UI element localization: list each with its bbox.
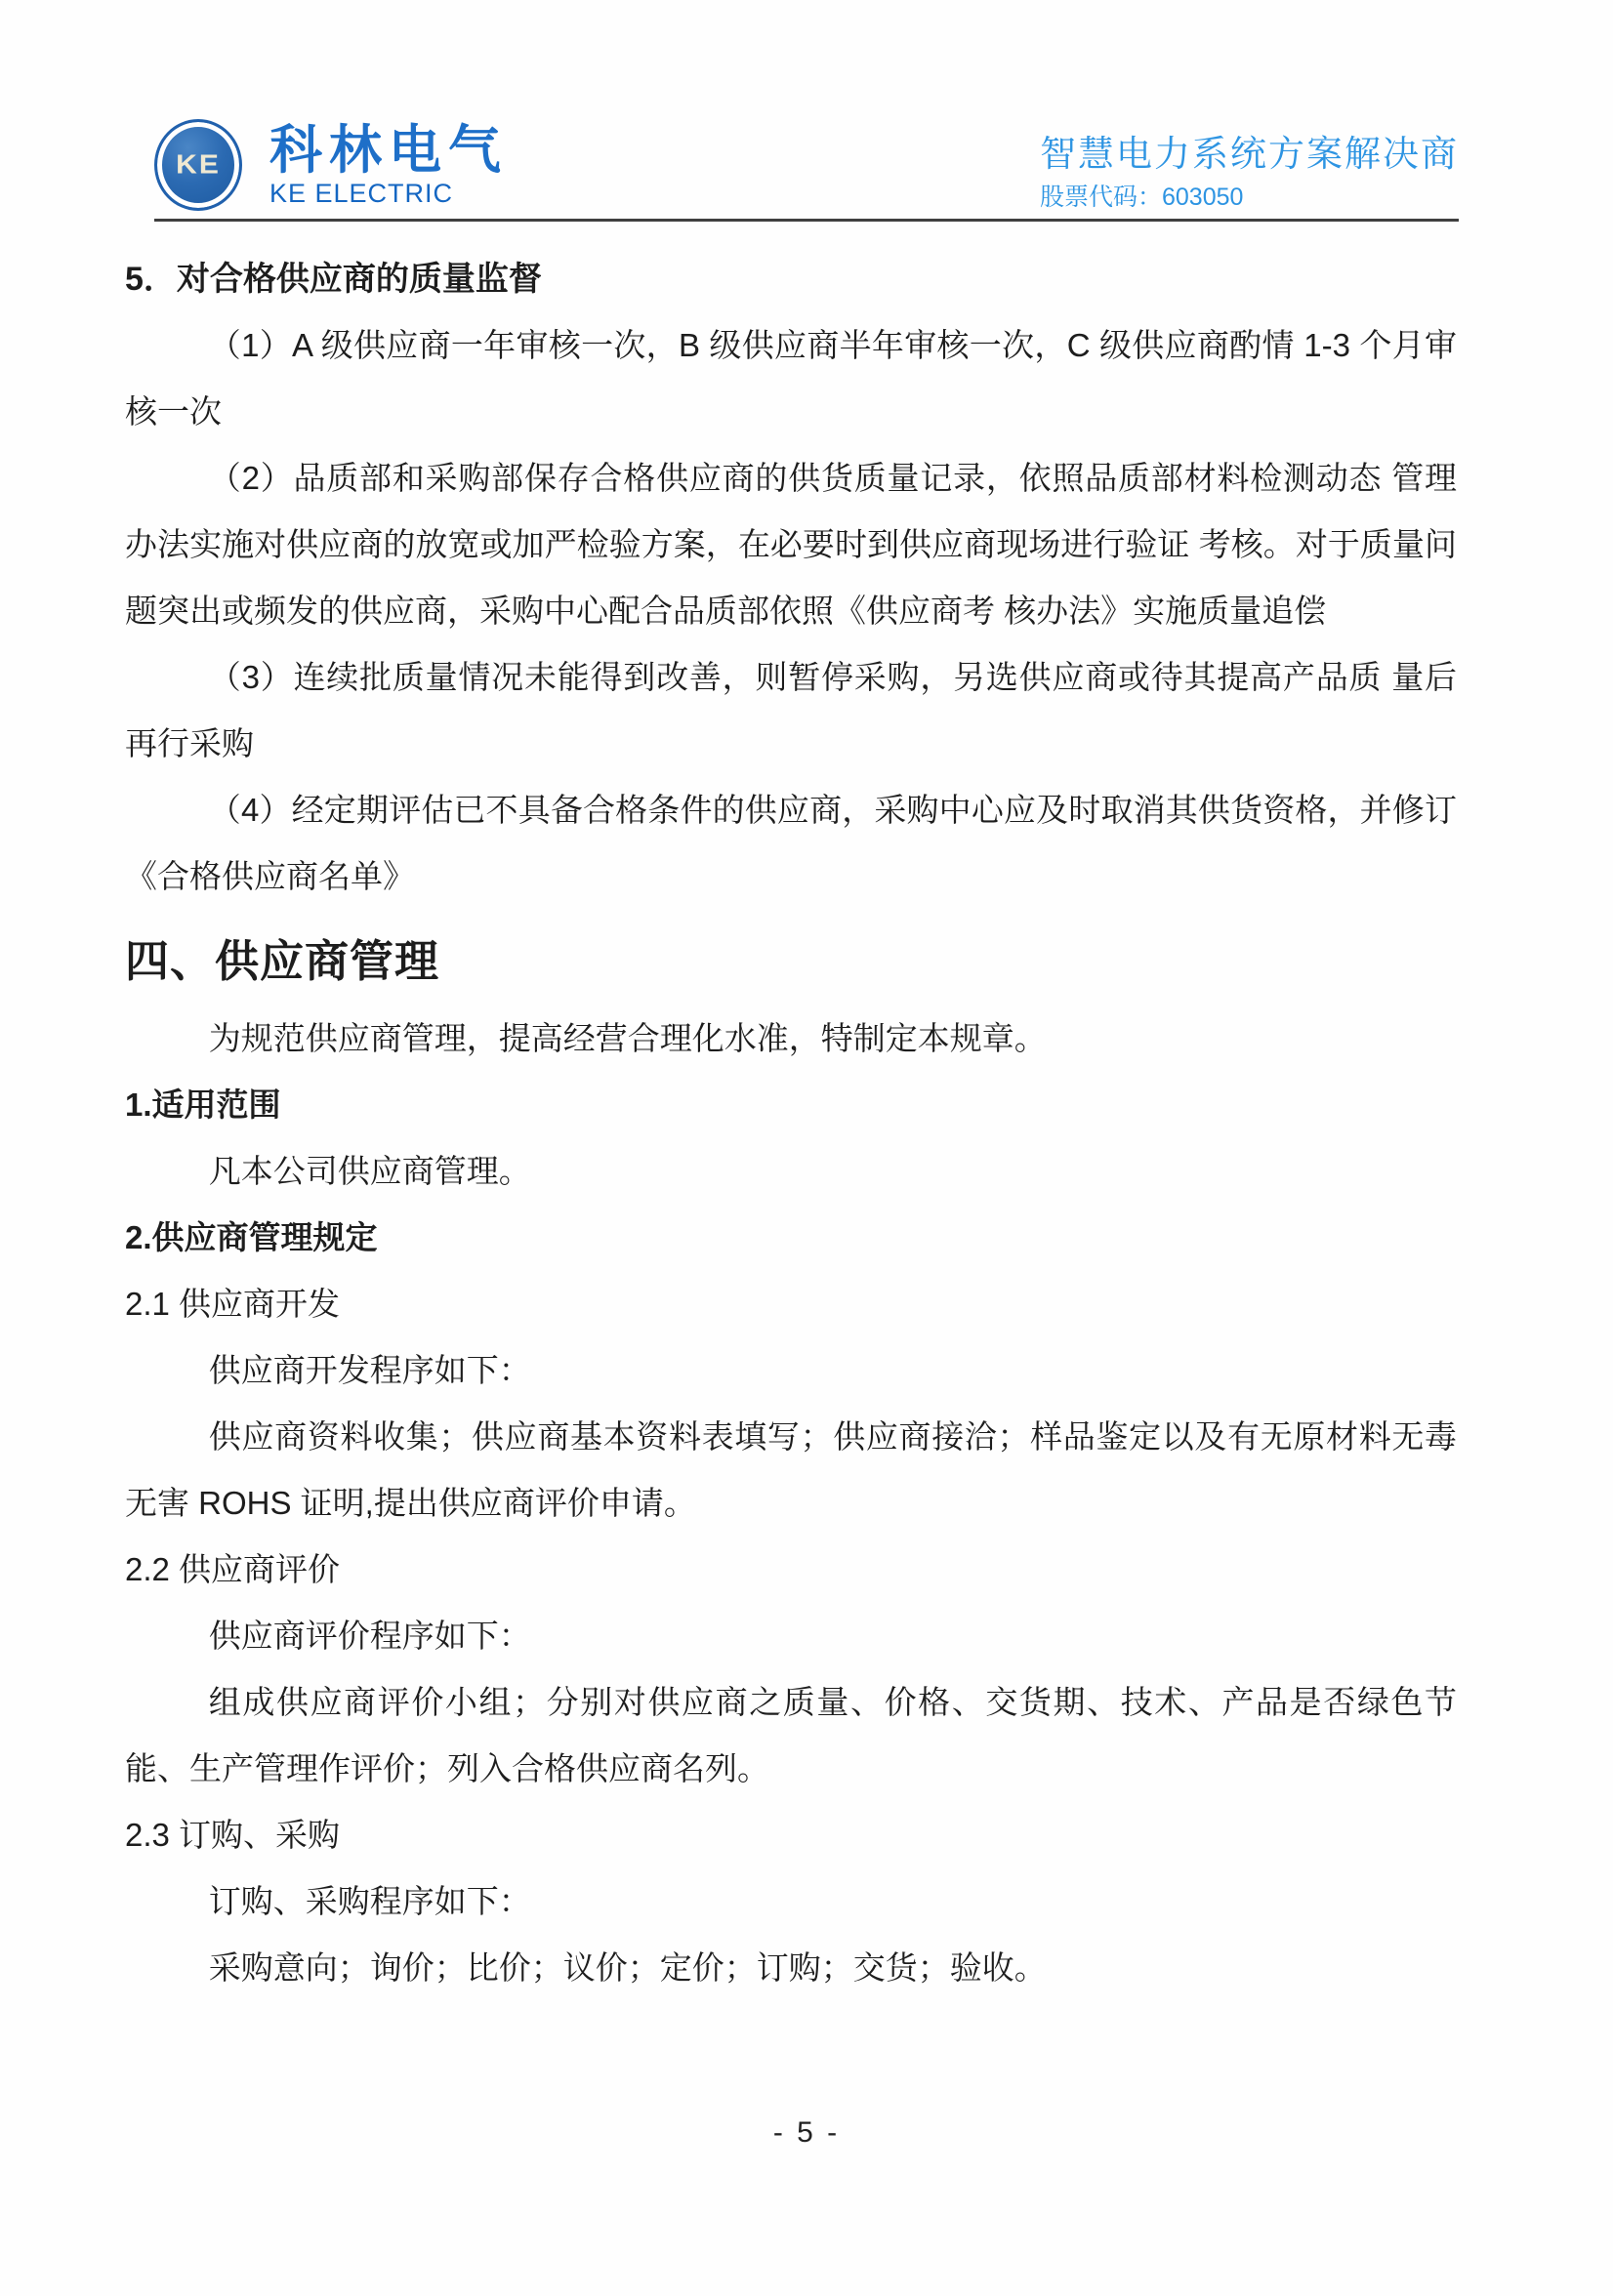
doc-paragraph-scope: 凡本公司供应商管理。	[125, 1138, 1457, 1205]
logo-text: 科林电气 KE ELECTRIC	[269, 124, 508, 207]
doc-paragraph-order-procedure: 订购、采购程序如下：	[125, 1868, 1457, 1935]
doc-paragraph-dev-steps: 供应商资料收集；供应商基本资料表填写；供应商接洽；样品鉴定以及有无原材料无毒无害…	[125, 1404, 1457, 1537]
page-header: KE 科林电气 KE ELECTRIC 智慧电力系统方案解决商 股票代码：603…	[154, 119, 1459, 222]
doc-paragraph-order-steps: 采购意向；询价；比价；议价；定价；订购；交货；验收。	[125, 1935, 1457, 2001]
doc-paragraph-revoke-supplier: （4）经定期评估已不具备合格条件的供应商，采购中心应及时取消其供货资格，并修订《…	[125, 777, 1457, 910]
doc-heading-scope: 1.适用范围	[125, 1072, 1457, 1138]
doc-label-supplier-evaluation: 2.2 供应商评价	[125, 1537, 1457, 1603]
doc-paragraph-eval-steps: 组成供应商评价小组；分别对供应商之质量、价格、交货期、技术、产品是否绿色节能、生…	[125, 1669, 1457, 1802]
page-footer: - 5 -	[0, 2116, 1613, 2150]
doc-paragraph-audit-frequency: （1）A 级供应商一年审核一次，B 级供应商半年审核一次，C 级供应商酌情 1-…	[125, 312, 1457, 445]
doc-paragraph-suspend-purchase: （3）连续批质量情况未能得到改善，则暂停采购，另选供应商或待其提高产品质 量后再…	[125, 644, 1457, 777]
page-number: - 5 -	[773, 2116, 840, 2149]
doc-paragraph-purpose: 为规范供应商管理，提高经营合理化水准，特制定本规章。	[125, 1005, 1457, 1072]
logo-monogram: KE	[176, 149, 221, 180]
stock-code: 股票代码：603050	[1040, 184, 1459, 212]
company-name-en: KE ELECTRIC	[269, 181, 508, 207]
doc-label-ordering-purchasing: 2.3 订购、采购	[125, 1802, 1457, 1868]
document-page: KE 科林电气 KE ELECTRIC 智慧电力系统方案解决商 股票代码：603…	[0, 0, 1613, 2296]
doc-heading-supplier-management: 四、供应商管理	[125, 923, 1457, 1000]
doc-heading-management-rules: 2.供应商管理规定	[125, 1205, 1457, 1271]
document-body: 5．对合格供应商的质量监督 （1）A 级供应商一年审核一次，B 级供应商半年审核…	[125, 246, 1457, 2001]
doc-paragraph-eval-procedure: 供应商评价程序如下：	[125, 1603, 1457, 1669]
company-logo: KE 科林电气 KE ELECTRIC	[154, 119, 508, 211]
doc-paragraph-dev-procedure: 供应商开发程序如下：	[125, 1337, 1457, 1404]
header-tagline: 智慧电力系统方案解决商	[1040, 134, 1459, 176]
doc-paragraph-quality-records: （2）品质部和采购部保存合格供应商的供货质量记录，依照品质部材料检测动态 管理办…	[125, 445, 1457, 644]
doc-heading-quality-supervision: 5．对合格供应商的质量监督	[125, 246, 1457, 312]
company-name: 科林电气	[269, 124, 508, 177]
header-right: 智慧电力系统方案解决商 股票代码：603050	[1040, 134, 1459, 211]
ke-logo-icon: KE	[154, 119, 242, 211]
doc-label-supplier-development: 2.1 供应商开发	[125, 1271, 1457, 1337]
